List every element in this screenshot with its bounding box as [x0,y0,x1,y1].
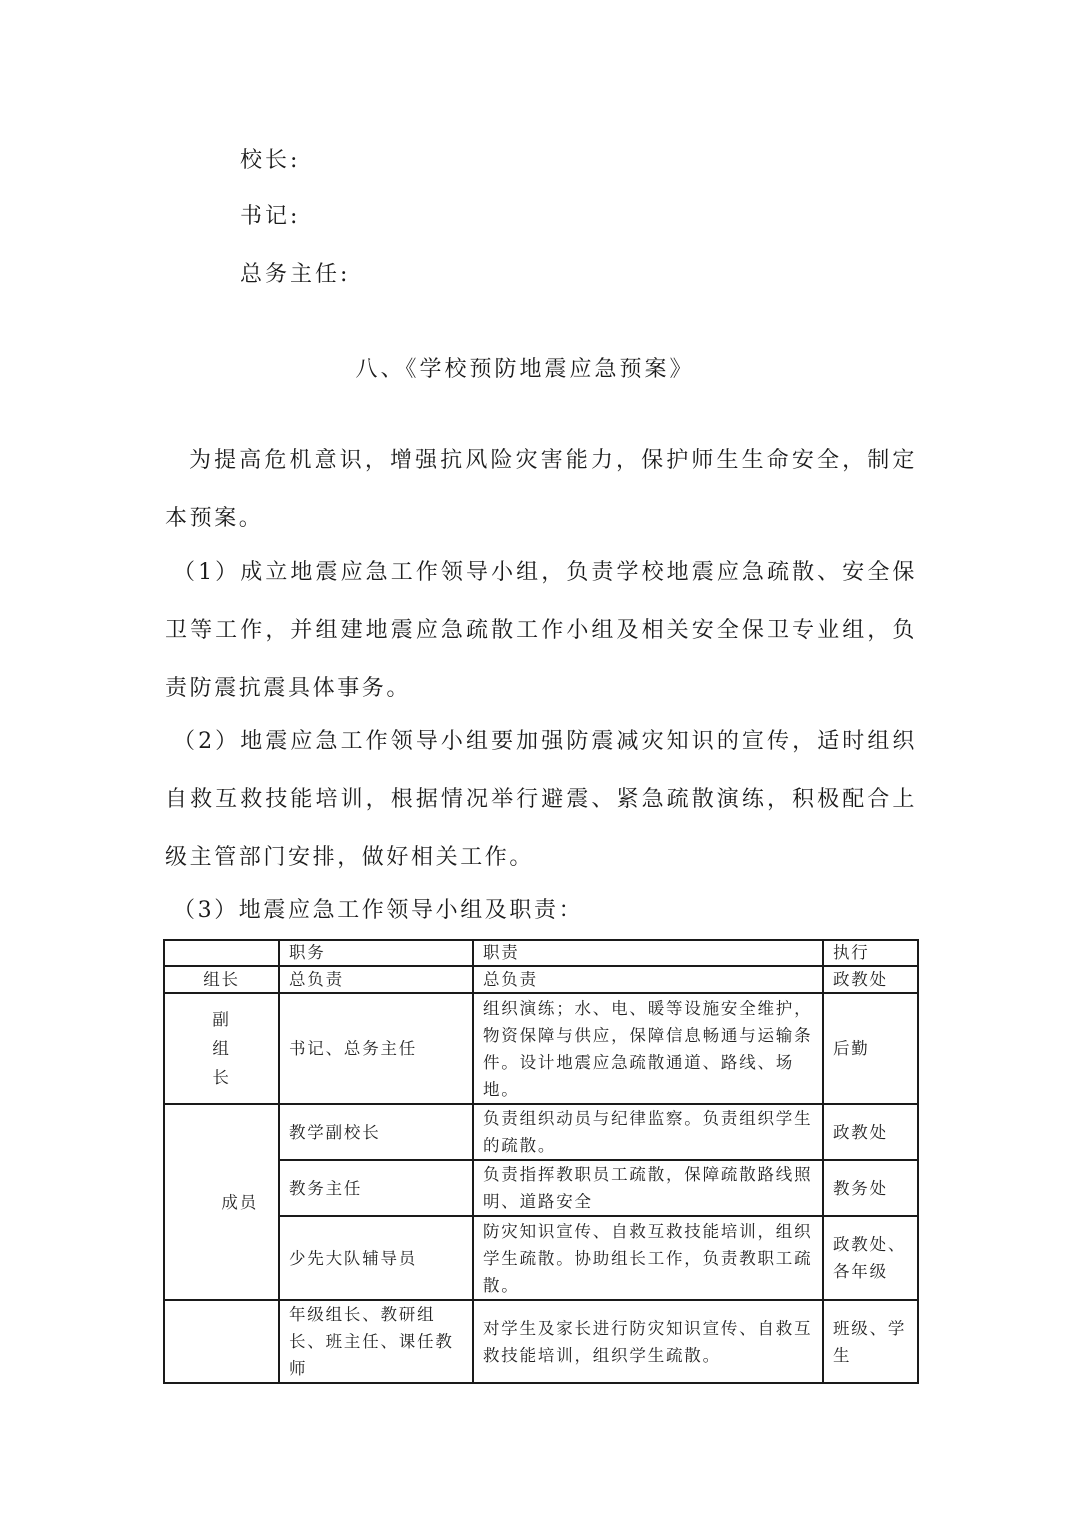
duty-cell: 对学生及家长进行防灾知识宣传、自救互救技能培训，组织学生疏散。 [473,1300,823,1383]
paragraph-item-3: （3）地震应急工作领导小组及职责： [165,882,917,940]
table-header-row: 职务 职责 执行 [164,940,918,966]
table-row-leader: 组长 总负责 总负责 政教处 [164,966,918,993]
position-cell: 年级组长、教研组长、班主任、课任教师 [279,1300,473,1383]
signature-principal: 校长: [240,146,300,176]
intro-paragraph: 为提高危机意识，增强抗风险灾害能力，保护师生生命安全，制定本预案。 [165,432,917,548]
duty-cell: 防灾知识宣传、自救互救技能培训，组织学生疏散。协助组长工作，负责教职工疏散。 [473,1216,823,1300]
header-cell-position: 职务 [279,940,473,966]
role-char: 长 [174,1063,269,1092]
position-cell: 总负责 [279,966,473,993]
executor-cell: 教务处 [823,1160,918,1216]
executor-cell: 政教处、各年级 [823,1216,918,1300]
section-title-text: 八、《学校预防地震应急预案》 [355,352,694,383]
position-cell: 教务主任 [279,1160,473,1216]
position-cell: 教学副校长 [279,1104,473,1160]
position-cell: 少先大队辅导员 [279,1216,473,1300]
section-title: 八、《学校预防地震应急预案》 [0,352,1080,383]
role-cell [164,1300,279,1383]
duty-cell: 组织演练；水、电、暖等设施安全维护，物资保障与供应，保障信息畅通与运输条件。设计… [473,993,823,1104]
signature-general-affairs: 总务主任: [240,260,350,290]
header-cell-empty [164,940,279,966]
role-char: 组 [174,1034,269,1063]
signature-secretary: 书记: [240,202,300,232]
responsibility-table: 职务 职责 执行 组长 总负责 总负责 政教处 副 组 长 书记、总务主任 组织… [163,939,917,1384]
position-cell: 书记、总务主任 [279,993,473,1104]
table-row-deputy: 副 组 长 书记、总务主任 组织演练；水、电、暖等设施安全维护，物资保障与供应，… [164,993,918,1104]
executor-cell: 政教处 [823,1104,918,1160]
paragraph-item-1: （1）成立地震应急工作领导小组，负责学校地震应急疏散、安全保卫等工作，并组建地震… [165,544,917,718]
role-cell: 组长 [164,966,279,993]
table-row-member: 成员 教学副校长 负责组织动员与纪律监察。负责组织学生的疏散。 政教处 [164,1104,918,1160]
table-row-staff: 年级组长、教研组长、班主任、课任教师 对学生及家长进行防灾知识宣传、自救互救技能… [164,1300,918,1383]
duty-cell: 总负责 [473,966,823,993]
role-char: 副 [174,1005,269,1034]
header-cell-duty: 职责 [473,940,823,966]
header-cell-executor: 执行 [823,940,918,966]
duty-cell: 负责组织动员与纪律监察。负责组织学生的疏散。 [473,1104,823,1160]
executor-cell: 后勤 [823,993,918,1104]
paragraph-item-2: （2）地震应急工作领导小组要加强防震减灾知识的宣传，适时组织自救互救技能培训，根… [165,713,917,887]
role-cell-deputy: 副 组 长 [164,993,279,1104]
executor-cell: 政教处 [823,966,918,993]
role-cell-members: 成员 [164,1104,279,1300]
duty-cell: 负责指挥教职员工疏散，保障疏散路线照明、道路安全 [473,1160,823,1216]
document-page: 校长: 书记: 总务主任: 八、《学校预防地震应急预案》 为提高危机意识，增强抗… [0,0,1080,1527]
executor-cell: 班级、学生 [823,1300,918,1383]
